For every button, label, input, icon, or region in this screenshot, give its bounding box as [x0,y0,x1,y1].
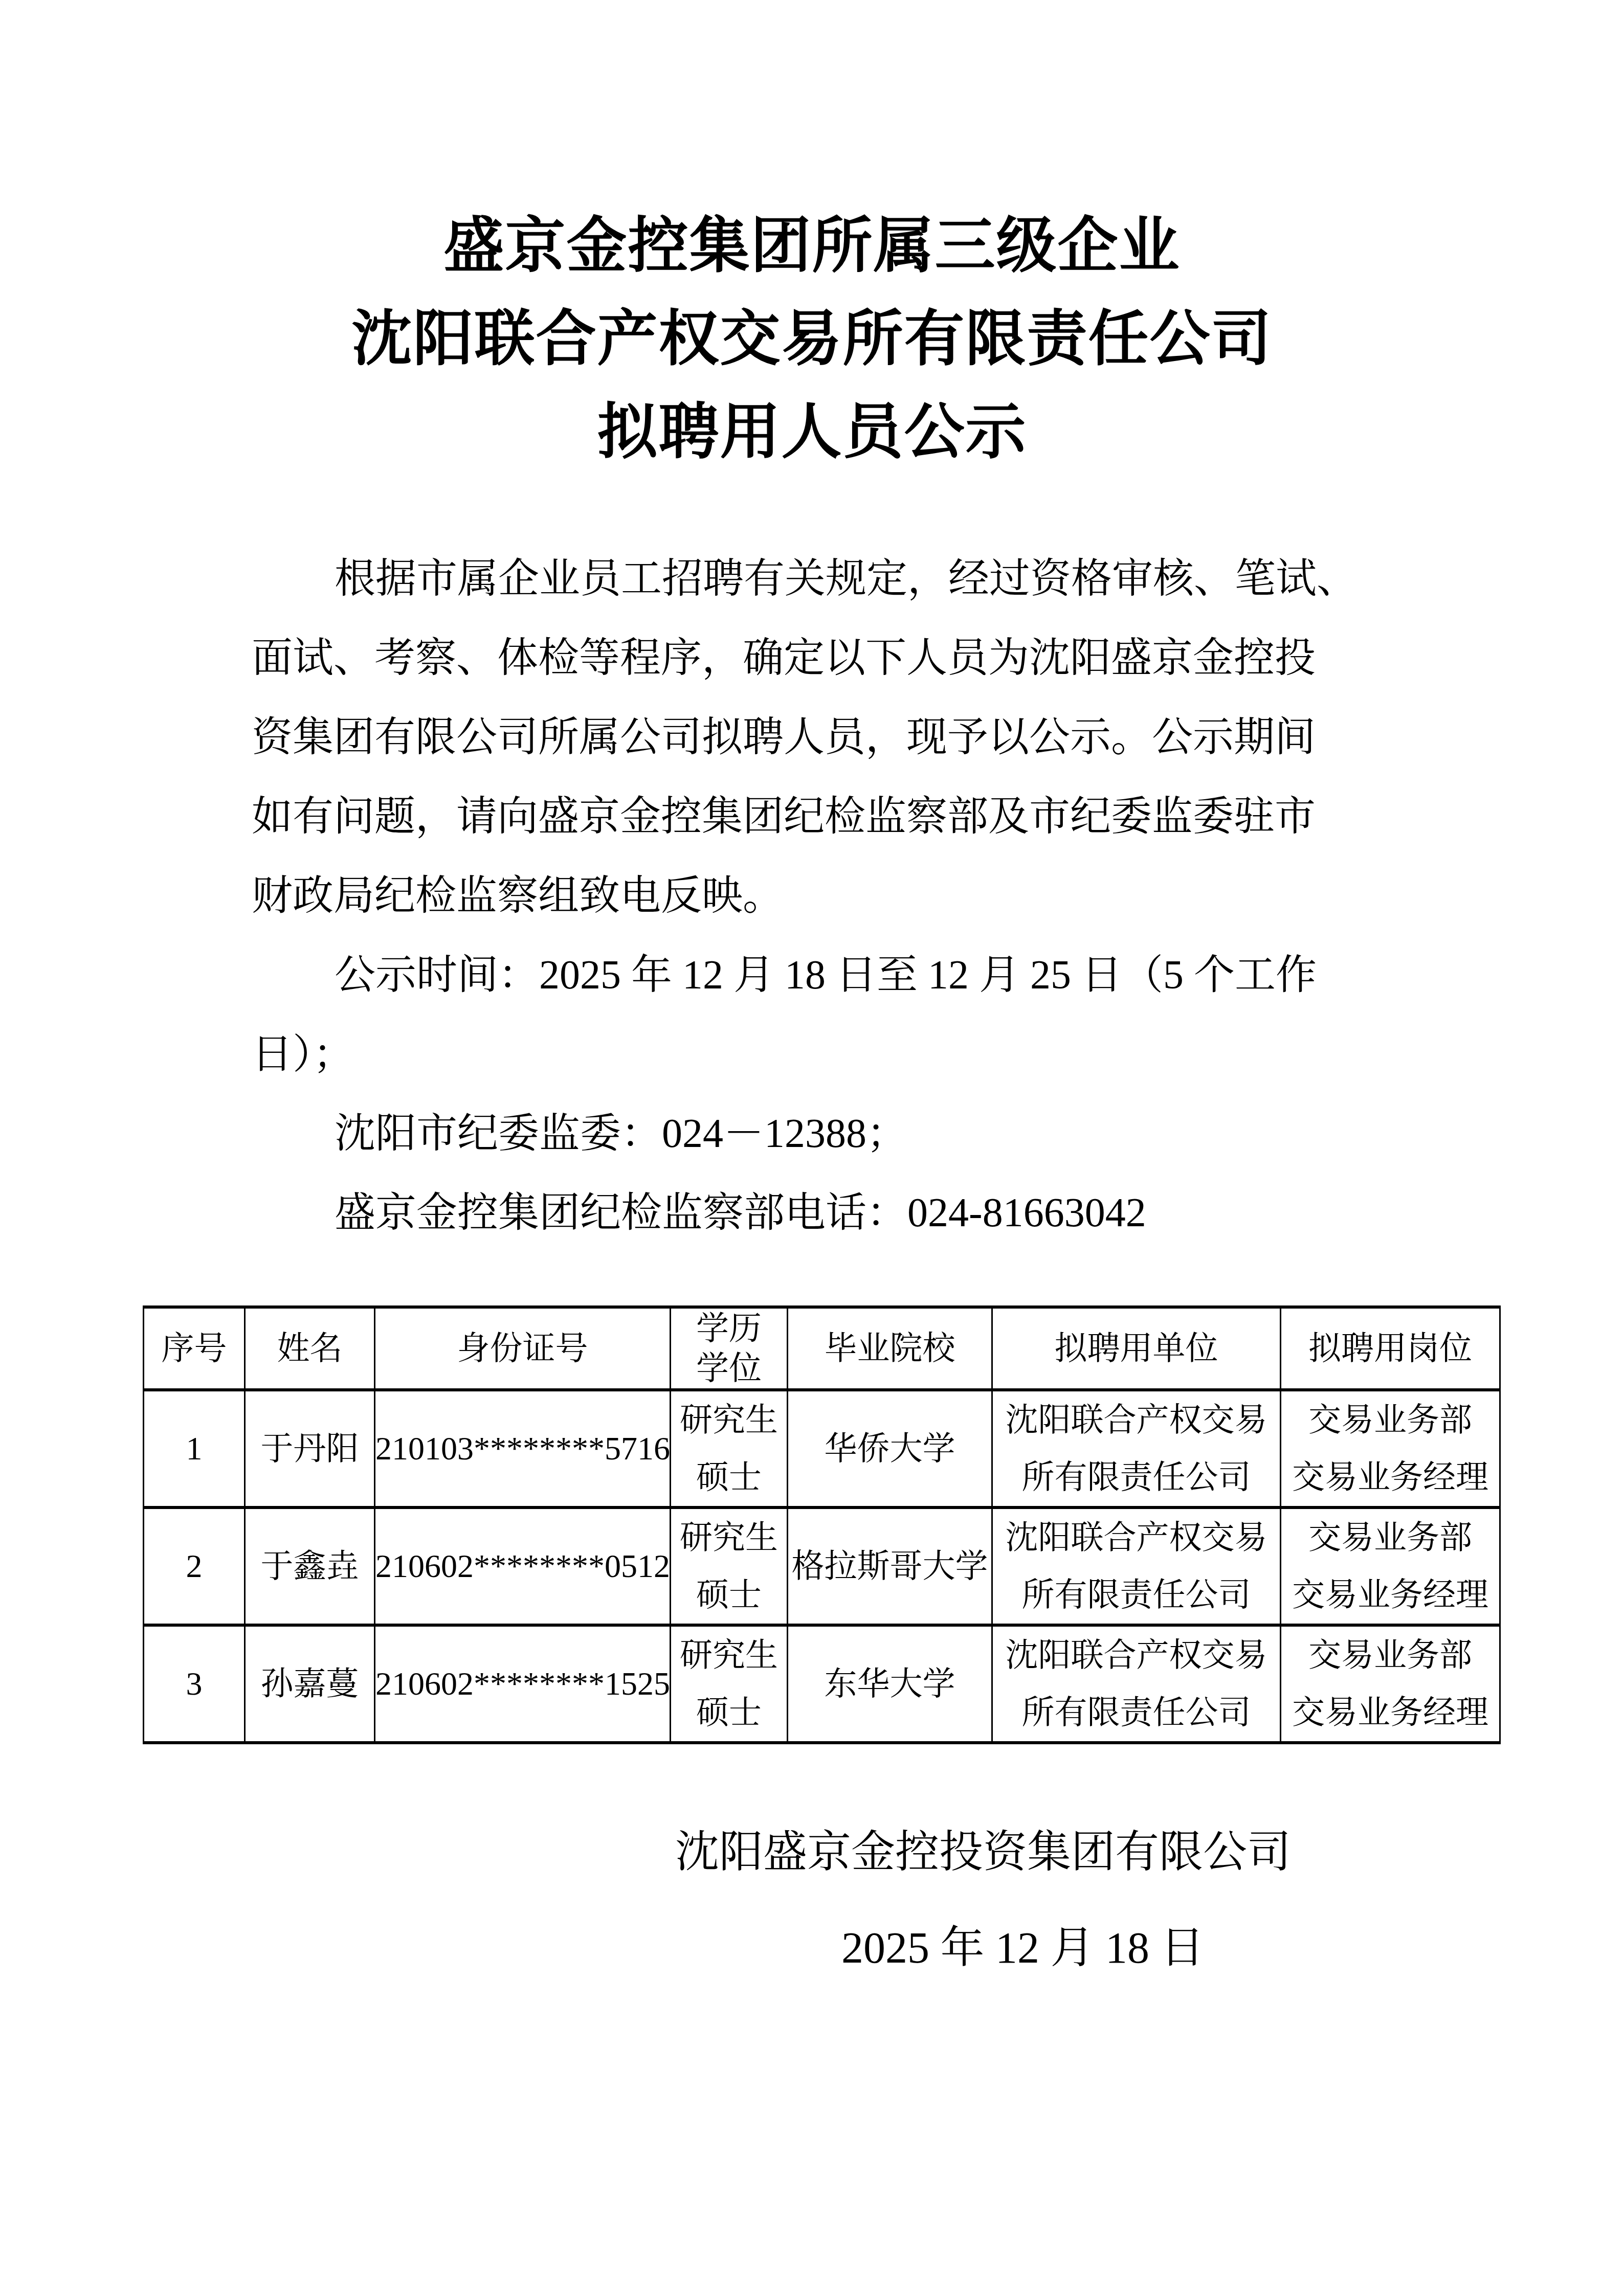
table-row: 2 于鑫垚 210602********0512 研究生 硕士 格拉斯哥大学 沈… [144,1507,1500,1625]
cell-school: 东华大学 [788,1625,992,1743]
body-line: 面试、考察、体检等程序，确定以下人员为沈阳盛京金控投 [252,619,1377,698]
body-line: 资集团有限公司所属公司拟聘人员，现予以公示。公示期间 [252,698,1377,777]
cell-degree: 研究生 硕士 [671,1390,788,1507]
header-position: 拟聘用岗位 [1281,1307,1500,1390]
publicity-period-line: 公示时间：2025 年 12 月 18 日至 12 月 25 日（5 个工作 [252,936,1377,1015]
table-row: 1 于丹阳 210103********5716 研究生 硕士 华侨大学 沈阳联… [144,1390,1500,1507]
title-line-2: 沈阳联合产权交易所有限责任公司 [0,292,1624,386]
group-phone-line: 盛京金控集团纪检监察部电话：024-81663042 [252,1174,1377,1253]
cell-index: 1 [144,1390,245,1507]
signature-date: 2025 年 12 月 18 日 [841,1907,1205,1989]
cell-id-number: 210602********1525 [375,1625,671,1743]
cell-employer: 沈阳联合产权交易 所有限责任公司 [992,1390,1281,1507]
cell-degree: 研究生 硕士 [671,1625,788,1743]
cell-position: 交易业务部 交易业务经理 [1281,1625,1500,1743]
cell-name: 于丹阳 [245,1390,375,1507]
cell-index: 3 [144,1625,245,1743]
header-index: 序号 [144,1307,245,1390]
cell-degree: 研究生 硕士 [671,1507,788,1625]
announcement-body: 根据市属企业员工招聘有关规定，经过资格审核、笔试、 面试、考察、体检等程序，确定… [252,539,1377,1253]
table-header-row: 序号 姓名 身份证号 学历 学位 毕业院校 拟聘用单位 拟聘用岗位 [144,1307,1500,1390]
document-page: 盛京金控集团所属三级企业 沈阳联合产权交易所有限责任公司 拟聘用人员公示 根据市… [0,0,1624,2296]
cell-position: 交易业务部 交易业务经理 [1281,1507,1500,1625]
header-name: 姓名 [245,1307,375,1390]
header-id-number: 身份证号 [375,1307,671,1390]
cell-school: 华侨大学 [788,1390,992,1507]
cell-employer: 沈阳联合产权交易 所有限责任公司 [992,1507,1281,1625]
header-degree: 学历 学位 [671,1307,788,1390]
cell-id-number: 210103********5716 [375,1390,671,1507]
cell-employer: 沈阳联合产权交易 所有限责任公司 [992,1625,1281,1743]
header-employer: 拟聘用单位 [992,1307,1281,1390]
body-line: 根据市属企业员工招聘有关规定，经过资格审核、笔试、 [252,539,1377,619]
cell-school: 格拉斯哥大学 [788,1507,992,1625]
title-line-3: 拟聘用人员公示 [0,386,1624,479]
header-school: 毕业院校 [788,1307,992,1390]
page-title: 盛京金控集团所属三级企业 沈阳联合产权交易所有限责任公司 拟聘用人员公示 [0,199,1624,479]
title-line-1: 盛京金控集团所属三级企业 [0,199,1624,292]
publicity-period-line: 日）； [252,1015,1377,1094]
supervision-phone-line: 沈阳市纪委监委：024－12388； [252,1094,1377,1174]
cell-position: 交易业务部 交易业务经理 [1281,1390,1500,1507]
cell-name: 孙嘉蔓 [245,1625,375,1743]
cell-index: 2 [144,1507,245,1625]
cell-id-number: 210602********0512 [375,1507,671,1625]
hire-table: 序号 姓名 身份证号 学历 学位 毕业院校 拟聘用单位 拟聘用岗位 1 于丹阳 … [143,1305,1501,1744]
body-line: 如有问题，请向盛京金控集团纪检监察部及市纪委监委驻市 [252,777,1377,857]
cell-name: 于鑫垚 [245,1507,375,1625]
table-row: 3 孙嘉蔓 210602********1525 研究生 硕士 东华大学 沈阳联… [144,1625,1500,1743]
body-line: 财政局纪检监察组致电反映。 [252,857,1377,936]
signature-company: 沈阳盛京金控投资集团有限公司 [675,1811,1291,1893]
